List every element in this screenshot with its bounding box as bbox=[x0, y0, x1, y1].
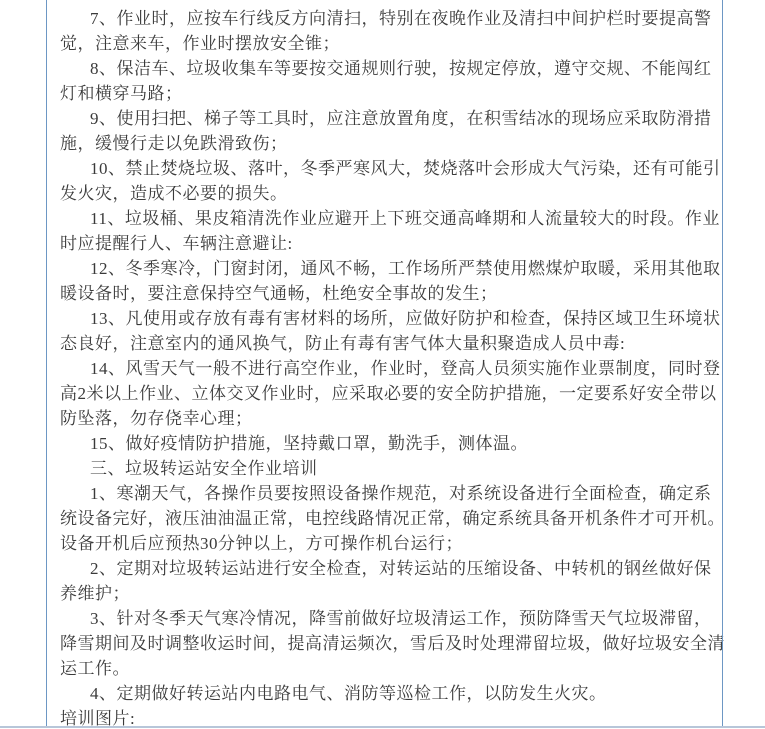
text-line: 8、保洁车、垃圾收集车等要按交通规则行驶，按规定停放，遵守交规、不能闯红 bbox=[60, 56, 710, 81]
text-line: 10、禁止焚烧垃圾、落叶，冬季严寒风大，焚烧落叶会形成大气污染，还有可能引 bbox=[60, 156, 710, 181]
text-line: 养维护； bbox=[60, 581, 710, 606]
text-line: 1、寒潮天气，各操作员要按照设备操作规范，对系统设备进行全面检查，确定系 bbox=[60, 481, 710, 506]
text-line: 4、定期做好转运站内电路电气、消防等巡检工作，以防发生火灾。 bbox=[60, 681, 710, 706]
text-line: 发火灾，造成不必要的损失。 bbox=[60, 181, 710, 206]
text-line: 12、冬季寒冷，门窗封闭，通风不畅，工作场所严禁使用燃煤炉取暖，采用其他取 bbox=[60, 256, 710, 281]
bottom-divider bbox=[0, 726, 765, 728]
text-line: 设备开机后应预热30分钟以上，方可操作机台运行； bbox=[60, 531, 710, 556]
text-line: 3、针对冬季天气寒冷情况，降雪前做好垃圾清运工作，预防降雪天气垃圾滞留， bbox=[60, 606, 710, 631]
text-line: 运工作。 bbox=[60, 656, 710, 681]
text-line: 灯和横穿马路； bbox=[60, 81, 710, 106]
text-line: 15、做好疫情防护措施，坚持戴口罩，勤洗手，测体温。 bbox=[60, 431, 710, 456]
text-line: 时应提醒行人、车辆注意避让: bbox=[60, 231, 710, 256]
text-line: 三、垃圾转运站安全作业培训 bbox=[60, 456, 710, 481]
text-line: 施，缓慢行走以免跌滑致伤； bbox=[60, 131, 710, 156]
text-line: 暖设备时，要注意保持空气通畅，杜绝安全事故的发生； bbox=[60, 281, 710, 306]
text-line: 14、风雪天气一般不进行高空作业，作业时，登高人员须实施作业票制度，同时登 bbox=[60, 356, 710, 381]
text-line: 降雪期间及时调整收运时间，提高清运频次，雪后及时处理滞留垃圾，做好垃圾安全清 bbox=[60, 631, 710, 656]
text-line: 11、垃圾桶、果皮箱清洗作业应避开上下班交通高峰期和人流量较大的时段。作业 bbox=[60, 206, 710, 231]
document-page: 7、作业时，应按车行线反方向清扫，特别在夜晚作业及清扫中间护栏时要提高警觉，注意… bbox=[0, 0, 765, 729]
page-right-border bbox=[722, 0, 723, 727]
text-line: 7、作业时，应按车行线反方向清扫，特别在夜晚作业及清扫中间护栏时要提高警 bbox=[60, 6, 710, 31]
text-line: 态良好，注意室内的通风换气，防止有毒有害气体大量积聚造成人员中毒: bbox=[60, 331, 710, 356]
text-line: 防坠落，勿存侥幸心理； bbox=[60, 406, 710, 431]
text-line: 9、使用扫把、梯子等工具时，应注意放置角度，在积雪结冰的现场应采取防滑措 bbox=[60, 106, 710, 131]
text-line: 2、定期对垃圾转运站进行安全检查，对转运站的压缩设备、中转机的钢丝做好保 bbox=[60, 556, 710, 581]
text-line: 13、凡使用或存放有毒有害材料的场所，应做好防护和检查，保持区域卫生环境状 bbox=[60, 306, 710, 331]
document-body: 7、作业时，应按车行线反方向清扫，特别在夜晚作业及清扫中间护栏时要提高警觉，注意… bbox=[47, 6, 722, 729]
text-line: 高2米以上作业、立体交叉作业时，应采取必要的安全防护措施，一定要系好安全带以 bbox=[60, 381, 710, 406]
text-line: 统设备完好，液压油油温正常，电控线路情况正常，确定系统具备开机条件才可开机。 bbox=[60, 506, 710, 531]
text-line: 觉，注意来车，作业时摆放安全锥； bbox=[60, 31, 710, 56]
